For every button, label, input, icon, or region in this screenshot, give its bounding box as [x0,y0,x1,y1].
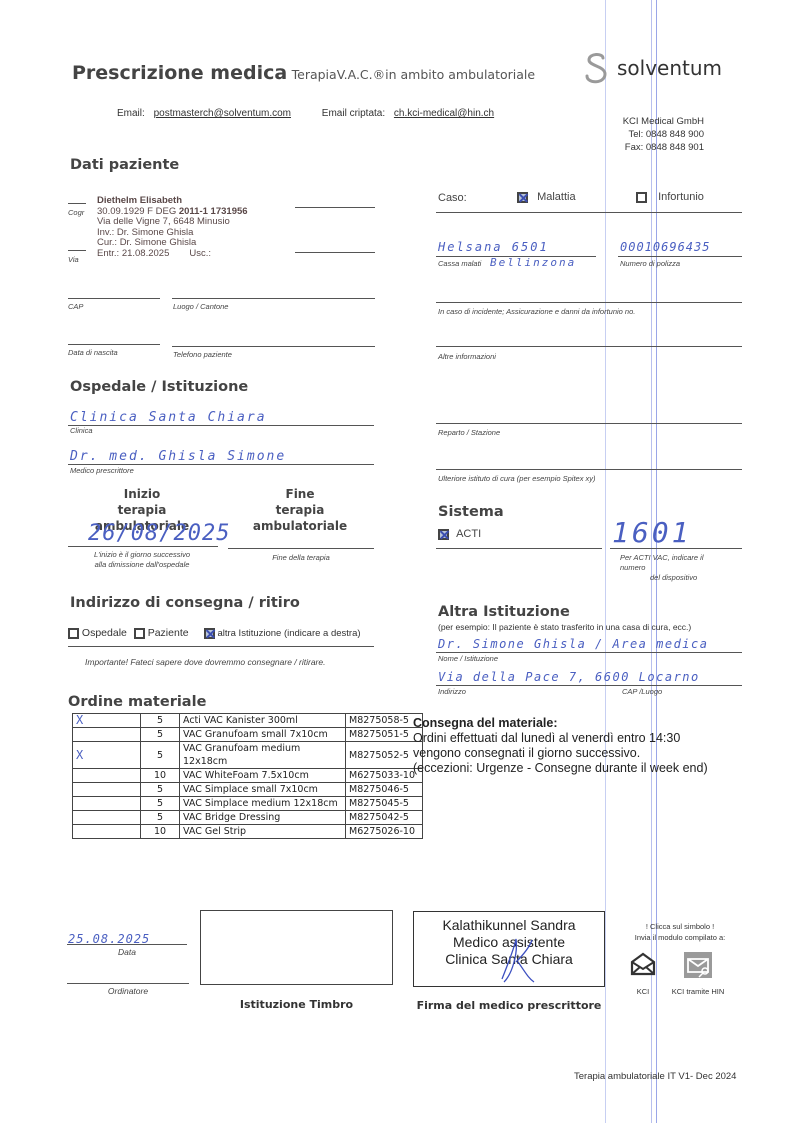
device-number-note: Per ACTI VAC, indicare il numero del dis… [620,553,704,583]
clinic-label: Clinica [70,426,93,435]
clinic-field [68,425,374,426]
device-note-3: del dispositivo [620,573,704,583]
section-patient-title: Dati paziente [70,157,179,173]
table-row: 10VAC Gel StripM6275026-10 [73,825,423,839]
luogo-label: Luogo / Cantone [173,302,228,311]
email-label: Email: [117,108,145,119]
therapy-end-label: Fine della terapia [228,553,374,562]
other-institution-name-label: Nome / Istituzione [438,654,498,663]
therapy-start-note: L'inizio è il giorno successivo alla dim… [72,550,212,570]
send-hint: ! Clicca sul simbolo ! Invia il modulo c… [620,921,740,943]
table-row: 5VAC Granufoam small 7x10cmM8275051-5 [73,728,423,742]
footer-version: Terapia ambulatoriale IT V1- Dec 2024 [574,1071,736,1082]
doctor-value[interactable]: Dr. med. Ghisla Simone [70,449,286,464]
system-divider [436,548,602,549]
therapy-end-title: Fine terapia ambulatoriale [230,486,370,534]
doctor-sign-label: Firma del medico prescrittore [413,999,605,1012]
institution-stamp-box[interactable] [200,910,393,985]
order-code-cell: M8275052-5 [346,742,423,769]
section-order-title: Ordine materiale [68,694,206,710]
table-row: X5VAC Granufoam medium 12x18cmM8275052-5 [73,742,423,769]
option-paziente[interactable]: Paziente [134,627,189,639]
scan-guide-line [605,0,606,1123]
patient-id: 2011-1 1731956 [179,206,248,217]
orderer-label: Ordinatore [67,986,189,996]
infortunio-label: Infortunio [658,191,704,203]
infortunio-checkbox[interactable] [636,192,647,203]
order-code-cell: M6275026-10 [346,825,423,839]
order-name-cell: VAC WhiteFoam 7.5x10cm [180,769,346,783]
therapy-start-field [68,546,218,547]
company-fax: Fax: 0848 848 901 [618,141,704,154]
delivery-info-line-2: vengono consegnati il giorno successivo. [413,746,708,761]
send-hin-button[interactable]: KCI tramite HIN [668,952,728,996]
table-row: X5Acti VAC Kanister 300mlM8275058-5 [73,714,423,728]
acti-checkbox[interactable] [438,529,449,540]
doctor-stamp-name: Kalathikunnel Sandra [414,917,604,934]
patient-entry: Entr.: 21.08.2025 [97,248,169,259]
open-envelope-icon [630,952,656,976]
order-qty-cell: 5 [141,728,180,742]
solventum-logo-icon [583,52,611,86]
ospedale-checkbox[interactable] [68,628,79,639]
title-subtitle: TerapiaV.A.C.®in ambito ambulatoriale [292,67,535,82]
solventum-logo-text: solventum [617,56,722,80]
further-label: Ulteriore istituto di cura (per esempio … [438,474,596,483]
email-row: Email: postmasterch@solventum.com Email … [117,108,494,119]
other-institution-address-field [436,685,742,686]
therapy-end-title-1: Fine [230,486,370,502]
cogn-label: Cogr [68,208,84,217]
case-divider [436,212,742,213]
other-institution-address-value[interactable]: Via della Pace 7, 6600 Locarno [438,670,700,684]
altra-istituzione-checkbox[interactable] [204,628,215,639]
order-code-cell: M8275051-5 [346,728,423,742]
order-qty-cell: 5 [141,783,180,797]
send-hint-2: Invia il modulo compilato a: [620,932,740,943]
section-other-institution-title: Altra Istituzione [438,604,570,620]
ward-label: Reparto / Stazione [438,428,500,437]
order-code-cell: M8275045-5 [346,797,423,811]
cogn-line [68,203,86,204]
table-row: 5VAC Simplace medium 12x18cmM8275045-5 [73,797,423,811]
section-system-title: Sistema [438,504,504,520]
order-name-cell: VAC Gel Strip [180,825,346,839]
signature-scribble-icon [494,934,539,986]
therapy-end-field[interactable] [228,548,374,549]
patient-sticker: Diethelm Elisabeth 30.09.1929 F DEG 2011… [97,196,248,259]
case-infortunio-option[interactable]: Infortunio [636,191,704,203]
institution-stamp-label: Istituzione Timbro [200,998,393,1011]
therapy-start-title-1: Inizio [72,486,212,502]
order-qty-cell: 5 [141,797,180,811]
therapy-start-note-2: alla dimissione dall'ospedale [72,560,212,570]
delivery-info-line-3: (eccezioni: Urgenze - Consegne durante i… [413,761,708,776]
date-field [67,944,187,945]
other-institution-name-field [436,652,742,653]
field-line [295,252,375,253]
order-mark-cell[interactable]: X [73,742,141,769]
device-note-1: Per ACTI VAC, indicare il [620,553,704,563]
order-mark-cell[interactable] [73,797,141,811]
order-mark-cell[interactable]: X [73,714,141,728]
email-link[interactable]: postmasterch@solventum.com [154,108,291,119]
option-ospedale[interactable]: Ospedale [68,627,127,639]
patient-birth-sex: 30.09.1929 F DEG [97,206,176,217]
policy-label: Numero di polizza [620,259,680,268]
doctor-stamp-box[interactable]: Kalathikunnel Sandra Medico assistente C… [413,911,605,987]
order-code-cell: M8275058-5 [346,714,423,728]
further-field[interactable] [436,469,742,470]
insurer-city-value[interactable]: Bellinzona [490,256,576,269]
luogo-field[interactable] [172,298,375,299]
device-number-field [610,548,742,549]
paziente-label: Paziente [148,627,189,639]
phone-label: Telefono paziente [173,350,232,359]
delivery-info-title: Consegna del materiale: [413,716,708,731]
patient-exit: Usc.: [189,248,211,259]
section-hospital-title: Ospedale / Istituzione [70,379,248,395]
accident-field[interactable] [436,302,742,303]
ospedale-label: Ospedale [82,627,127,639]
company-contact: KCI Medical GmbH Tel: 0848 848 900 Fax: … [618,115,704,154]
section-delivery-title: Indirizzo di consegna / ritiro [70,595,300,611]
secure-mail-icon [684,952,712,978]
therapy-start-value[interactable]: 26/08/2025 [88,521,230,546]
accident-label: In caso di incidente; Assicurazione e da… [438,307,635,316]
therapy-start-note-1: L'inizio è il giorno successivo [72,550,212,560]
order-table: X5Acti VAC Kanister 300mlM8275058-55VAC … [72,713,423,839]
phone-field[interactable] [172,346,375,347]
send-hin-label: KCI tramite HIN [668,987,728,996]
system-acti-option[interactable]: ACTI [438,528,481,540]
send-kci-label: KCI [628,987,658,996]
doctor-field [68,464,374,465]
birth-field[interactable] [68,344,160,345]
malattia-label: Malattia [537,191,576,203]
device-note-2: numero [620,563,704,573]
title-main: Prescrizione medica [72,62,287,84]
malattia-checkbox[interactable] [517,192,528,203]
delivery-divider [68,646,374,647]
order-name-cell: VAC Simplace small 7x10cm [180,783,346,797]
order-name-cell: VAC Simplace medium 12x18cm [180,797,346,811]
orderer-field[interactable] [67,983,189,984]
order-name-cell: Acti VAC Kanister 300ml [180,714,346,728]
insurer-value[interactable]: Helsana 6501 [438,240,549,254]
order-mark-cell[interactable] [73,811,141,825]
date-label: Data [67,947,187,957]
email-encrypted-label: Email criptata: [322,108,385,119]
option-altra-istituzione[interactable]: altra Istituzione (indicare a destra) [204,627,361,639]
order-code-cell: M8275042-5 [346,811,423,825]
delivery-options: Ospedale Paziente altra Istituzione (ind… [68,627,361,639]
page-title: Prescrizione medica TerapiaV.A.C.®in amb… [72,62,535,84]
email-encrypted-link[interactable]: ch.kci-medical@hin.ch [394,108,494,119]
device-number-value[interactable]: 1601 [612,516,691,549]
order-qty-cell: 5 [141,742,180,769]
table-row: 5VAC Simplace small 7x10cmM8275046-5 [73,783,423,797]
order-mark-cell[interactable] [73,728,141,742]
company-tel: Tel: 0848 848 900 [618,128,704,141]
order-name-cell: VAC Granufoam small 7x10cm [180,728,346,742]
altra-istituzione-label: altra Istituzione (indicare a destra) [217,628,360,639]
table-row: 5VAC Bridge DressingM8275042-5 [73,811,423,825]
birth-label: Data di nascita [68,348,118,357]
acti-label: ACTI [456,528,481,540]
order-qty-cell: 10 [141,825,180,839]
table-row: 10VAC WhiteFoam 7.5x10cmM6275033-10 [73,769,423,783]
company-name: KCI Medical GmbH [618,115,704,128]
order-mark-cell[interactable] [73,769,141,783]
case-label: Caso: [438,192,467,204]
paziente-checkbox[interactable] [134,628,145,639]
other-info-label: Altre informazioni [438,352,496,361]
order-mark-cell[interactable] [73,783,141,797]
via-label: Via [68,255,79,264]
order-qty-cell: 10 [141,769,180,783]
order-name-cell: VAC Granufoam medium 12x18cm [180,742,346,769]
case-malattia-option[interactable]: Malattia [517,191,576,203]
cap-label: CAP [68,302,83,311]
delivery-note: Importante! Fateci sapere dove dovremmo … [85,657,325,667]
order-qty-cell: 5 [141,714,180,728]
order-mark-cell[interactable] [73,825,141,839]
order-code-cell: M6275033-10 [346,769,423,783]
other-institution-cap-label: CAP /Luogo [622,687,662,696]
cap-field[interactable] [68,298,160,299]
delivery-info: Consegna del materiale: Ordini effettuat… [413,716,708,776]
order-code-cell: M8275046-5 [346,783,423,797]
send-kci-button[interactable]: KCI [628,952,658,996]
other-info-field[interactable] [436,346,742,347]
insurer-label: Cassa malati [438,259,481,268]
delivery-info-line-1: Ordini effettuati dal lunedì al venerdì … [413,731,708,746]
policy-value[interactable]: 00010696435 [620,240,710,254]
ward-field[interactable] [436,423,742,424]
patient-address: Via delle Vigne 7, 6648 Minusio [97,217,248,228]
doctor-label: Medico prescrittore [70,466,134,475]
clinic-value[interactable]: Clinica Santa Chiara [70,410,267,425]
send-hint-1: ! Clicca sul simbolo ! [620,921,740,932]
other-institution-example: (per esempio: Il paziente è stato trasfe… [438,622,691,632]
therapy-end-title-2: terapia ambulatoriale [230,502,370,534]
field-line [295,207,375,208]
order-name-cell: VAC Bridge Dressing [180,811,346,825]
other-institution-name-value[interactable]: Dr. Simone Ghisla / Area medica [438,637,708,651]
policy-field [618,256,742,257]
order-qty-cell: 5 [141,811,180,825]
other-institution-address-label: Indirizzo [438,687,466,696]
via-line [68,250,86,251]
